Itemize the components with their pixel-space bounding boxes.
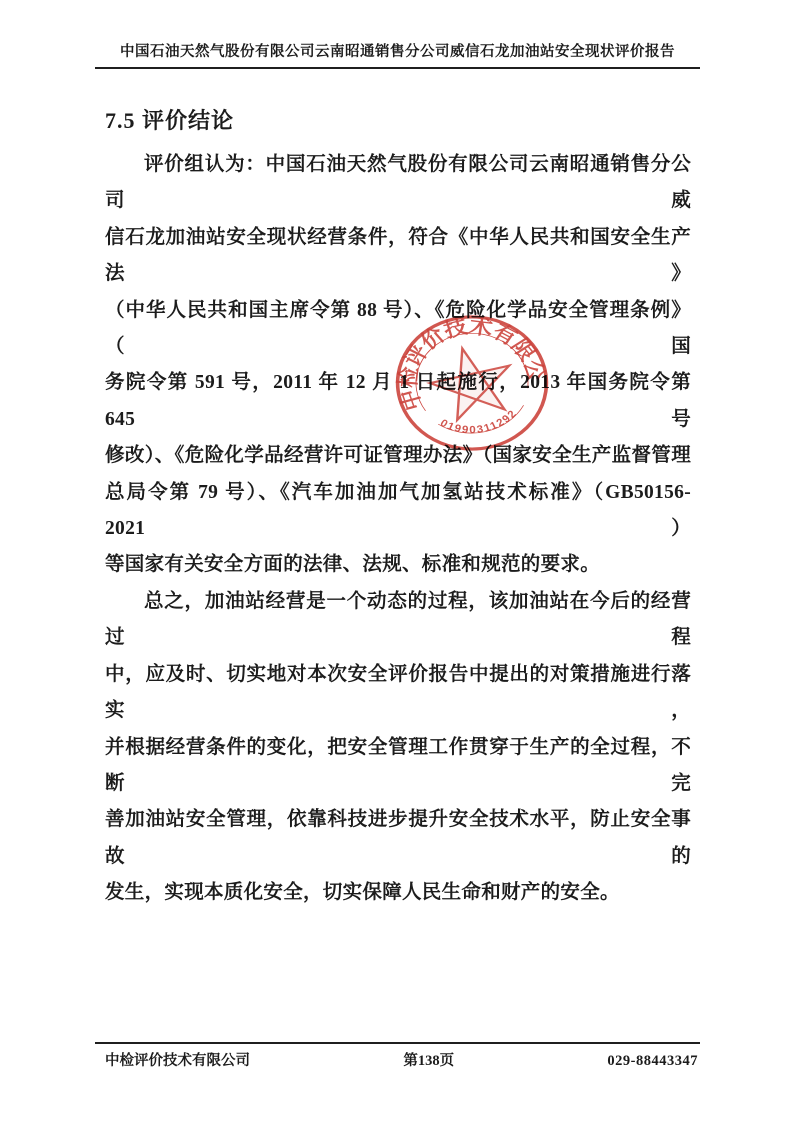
text-line: 并根据经营条件的变化，把安全管理工作贯穿于生产的全过程，不断完 [105, 730, 691, 803]
text-line: 总局令第 79 号）、《汽车加油加气加氢站技术标准》（GB50156-2021） [105, 475, 691, 548]
paragraph: 总之，加油站经营是一个动态的过程，该加油站在今后的经营过程中，应及时、切实地对本… [105, 584, 691, 912]
header-rule [95, 67, 700, 69]
paragraph-container: 评价组认为：中国石油天然气股份有限公司云南昭通销售分公司威信石龙加油站安全现状经… [105, 147, 691, 912]
paragraph: 评价组认为：中国石油天然气股份有限公司云南昭通销售分公司威信石龙加油站安全现状经… [105, 147, 691, 584]
text-line: （中华人民共和国主席令第 88 号）、《危险化学品安全管理条例》（国 [105, 293, 691, 366]
section-heading: 7.5 评价结论 [105, 104, 691, 135]
text-line: 评价组认为：中国石油天然气股份有限公司云南昭通销售分公司威 [105, 147, 691, 220]
footer-phone: 029-88443347 [607, 1053, 700, 1070]
text-line: 中，应及时、切实地对本次安全评价报告中提出的对策措施进行落实， [105, 657, 691, 730]
text-line: 等国家有关安全方面的法律、法规、标准和规范的要求。 [105, 547, 691, 583]
text-line: 信石龙加油站安全现状经营条件，符合《中华人民共和国安全生产法》 [105, 220, 691, 293]
document-body: 7.5 评价结论 评价组认为：中国石油天然气股份有限公司云南昭通销售分公司威信石… [105, 104, 691, 912]
text-line: 总之，加油站经营是一个动态的过程，该加油站在今后的经营过程 [105, 584, 691, 657]
footer-company: 中检评价技术有限公司 [95, 1049, 250, 1070]
text-line: 善加油站安全管理，依靠科技进步提升安全技术水平，防止安全事故的 [105, 802, 691, 875]
text-line: 务院令第 591 号，2011 年 12 月 1 日起施行，2013 年国务院令… [105, 365, 691, 438]
text-line: 修改）、《危险化学品经营许可证管理办法》（国家安全生产监督管理 [105, 438, 691, 474]
text-line: 发生，实现本质化安全，切实保障人民生命和财产的安全。 [105, 875, 691, 911]
page-header: 中国石油天然气股份有限公司云南昭通销售分公司威信石龙加油站安全现状评价报告 [95, 40, 700, 69]
footer-rule [95, 1042, 700, 1044]
header-title: 中国石油天然气股份有限公司云南昭通销售分公司威信石龙加油站安全现状评价报告 [95, 40, 700, 61]
page-footer: 中检评价技术有限公司 第138页 029-88443347 [95, 1042, 700, 1070]
document-page: 中国石油天然气股份有限公司云南昭通销售分公司威信石龙加油站安全现状评价报告 7.… [0, 0, 793, 1123]
footer-page-number: 第138页 [403, 1049, 454, 1070]
footer-row: 中检评价技术有限公司 第138页 029-88443347 [95, 1049, 700, 1070]
